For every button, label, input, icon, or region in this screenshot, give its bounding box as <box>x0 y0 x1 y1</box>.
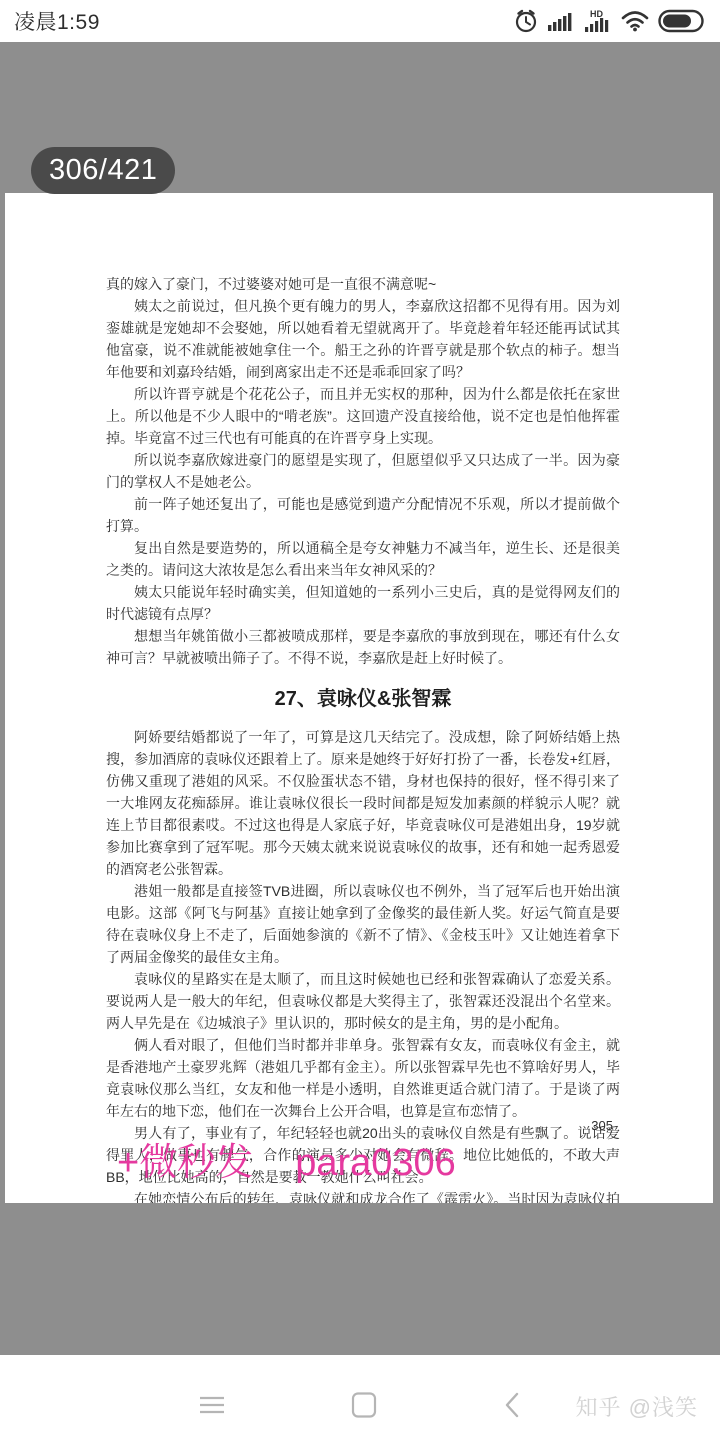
status-icons: HD <box>514 8 704 34</box>
clock-time: 凌晨1:59 <box>14 6 100 36</box>
paragraph: 港姐一般都是直接签TVB进圈，所以袁咏仪也不例外，当了冠军后也开始出演电影。这部… <box>106 880 620 968</box>
page-indicator-label: 306/421 <box>49 154 157 187</box>
alarm-icon <box>514 8 538 34</box>
paragraph: 袁咏仪的星路实在是太顺了，而且这时候她也已经和张智霖确认了恋爱关系。要说两人是一… <box>106 968 620 1034</box>
paragraph: 姨太之前说过，但凡换个更有魄力的男人，李嘉欣这招都不见得有用。因为刘銮雄就是宠她… <box>106 295 620 383</box>
page-indicator-badge: 306/421 <box>31 147 175 194</box>
paragraph: 想想当年姚笛做小三都被喷成那样，要是李嘉欣的事放到现在，哪还有什么女神可言？早就… <box>106 625 620 669</box>
document-content: 真的嫁入了豪门，不过婆婆对她可是一直很不满意呢~姨太之前说过，但凡换个更有魄力的… <box>5 193 713 1203</box>
printed-page-number: 305 <box>591 1118 613 1133</box>
zhihu-account-watermark: 知乎 @浅笑 <box>576 1391 698 1422</box>
menu-icon <box>199 1395 225 1415</box>
chapter-heading: 27、袁咏仪&张智霖 <box>106 686 620 712</box>
page-watermark: +微秒发 para0306 <box>117 1131 456 1186</box>
android-nav-bar: 知乎 @浅笑 <box>0 1355 720 1440</box>
reader-background[interactable]: 306/421 真的嫁入了豪门，不过婆婆对她可是一直很不满意呢~姨太之前说过，但… <box>0 42 720 1355</box>
battery-icon <box>658 9 704 33</box>
back-chevron-icon <box>504 1392 520 1418</box>
paragraph: 前一阵子她还复出了，可能也是感觉到遗产分配情况不乐观，所以才提前做个打算。 <box>106 493 620 537</box>
home-icon <box>351 1392 377 1418</box>
wifi-icon <box>621 10 649 32</box>
paragraph: 俩人看对眼了，但他们当时都并非单身。张智霖有女友，而袁咏仪有金主，就是香港地产土… <box>106 1034 620 1122</box>
paragraph: 真的嫁入了豪门，不过婆婆对她可是一直很不满意呢~ <box>106 273 620 295</box>
paragraph: 复出自然是要造势的，所以通稿全是夸女神魅力不减当年，逆生长、还是很美之类的。请问… <box>106 537 620 581</box>
paragraph: 在她恋情公布后的转年，袁咏仪就和成龙合作了《霹雳火》。当时因为袁咏仪拍完电影也不… <box>106 1188 620 1203</box>
home-button[interactable] <box>340 1383 388 1427</box>
document-page[interactable]: 真的嫁入了豪门，不过婆婆对她可是一直很不满意呢~姨太之前说过，但凡换个更有魄力的… <box>5 193 713 1203</box>
paragraph: 所以说李嘉欣嫁进豪门的愿望是实现了，但愿望似乎又只达成了一半。因为豪门的掌权人不… <box>106 449 620 493</box>
hd-signal-icon: HD <box>582 8 612 34</box>
status-bar: 凌晨1:59 HD <box>0 0 720 42</box>
watermark-code: para0306 <box>295 1142 456 1185</box>
menu-button[interactable] <box>188 1383 236 1427</box>
paragraph: 阿娇要结婚都说了一年了，可算是这几天结完了。没成想，除了阿娇结婚上热搜，参加酒席… <box>106 726 620 880</box>
paragraph: 所以许晋亨就是个花花公子，而且并无实权的那种，因为什么都是依托在家世上。所以他是… <box>106 383 620 449</box>
watermark-brand: +微秒发 <box>117 1131 253 1186</box>
cell-signal-icon <box>547 9 573 33</box>
back-button[interactable] <box>488 1383 536 1427</box>
pre-section: 真的嫁入了豪门，不过婆婆对她可是一直很不满意呢~姨太之前说过，但凡换个更有魄力的… <box>106 273 620 669</box>
paragraph: 姨太只能说年轻时确实美，但知道她的一系列小三史后，真的是觉得网友们的时代滤镜有点… <box>106 581 620 625</box>
svg-text:HD: HD <box>590 9 603 19</box>
